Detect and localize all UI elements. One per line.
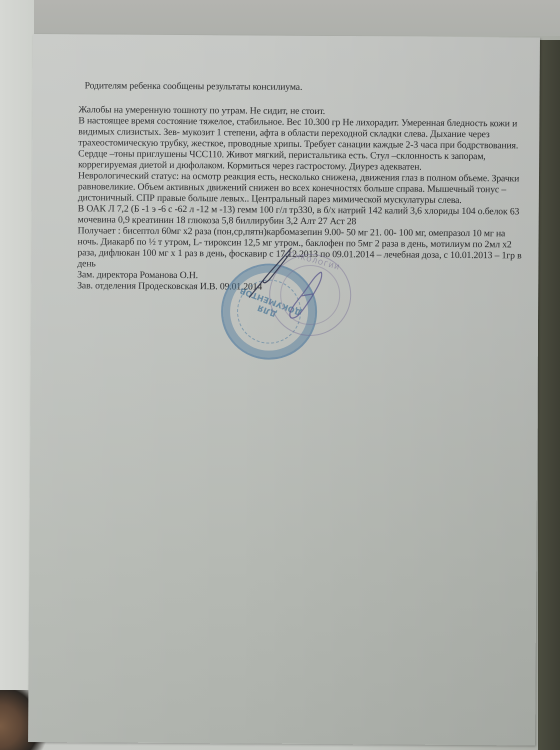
condition-paragraph: В настоящее время состояние тяжелое, ста… [78, 115, 523, 173]
background-surface-right [538, 40, 560, 750]
neuro-status-paragraph: Неврологический статус: на осмотр реакци… [78, 170, 523, 206]
signature-department-head: Зав. отделения Продесковская И.В. 09.01.… [77, 280, 522, 294]
medications-paragraph: Получает : бисептол 60мг х2 раза (пон,ср… [77, 225, 522, 272]
background-surface-top [0, 0, 560, 36]
document-page: Родителям ребенка сообщены результаты ко… [28, 34, 540, 746]
intro-line: Родителям ребенка сообщены результаты ко… [79, 80, 524, 94]
document-body: Родителям ребенка сообщены результаты ко… [77, 80, 523, 294]
lab-results-paragraph: В ОАК Л 7,2 (Б -1 э -6 с -62 л -12 м -13… [78, 203, 523, 228]
